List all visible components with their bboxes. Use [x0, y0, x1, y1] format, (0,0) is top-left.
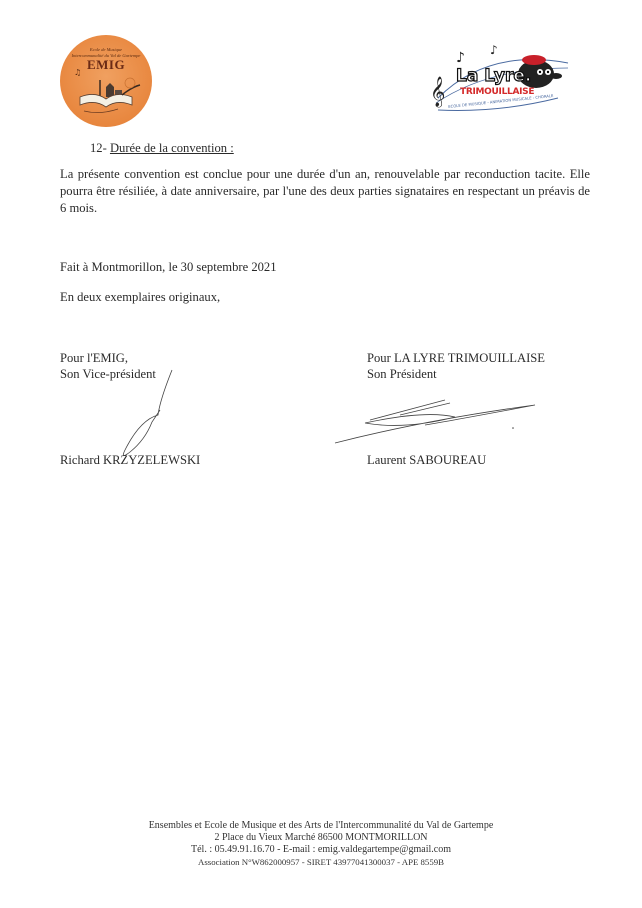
right-signatory-for: Pour LA LYRE TRIMOUILLAISE: [367, 350, 545, 366]
lyre-logo: 𝄞 ♪ ♪ La Lyre. TRIMOUILLAISE ECOLE DE MU…: [428, 38, 573, 123]
section-heading: 12- Durée de la convention :: [90, 140, 234, 156]
music-note-icon: ♪: [490, 43, 498, 57]
right-signatory-name: Laurent SABOUREAU: [367, 452, 486, 468]
svg-text:♫: ♫: [74, 68, 81, 77]
footer-organization: Ensembles et Ecole de Musique et des Art…: [0, 820, 642, 833]
left-signature: [100, 360, 190, 460]
right-signatory-role: Son Président: [367, 366, 437, 382]
footer-address: 2 Place du Vieux Marché 86500 MONTMORILL…: [0, 832, 642, 845]
left-signatory-name: Richard KRZYZELEWSKI: [60, 452, 200, 468]
place-date: Fait à Montmorillon, le 30 septembre 202…: [60, 259, 277, 275]
duration-paragraph: La présente convention est conclue pour …: [60, 166, 590, 217]
footer-contact: Tél. : 05.49.91.16.70 - E-mail : emig.va…: [0, 844, 642, 857]
copies-note: En deux exemplaires originaux,: [60, 289, 220, 305]
section-title: Durée de la convention :: [110, 141, 234, 155]
music-note-icon: ♪: [456, 50, 465, 66]
book-city-icon: ♫: [60, 35, 152, 127]
lyre-logo-title: La Lyre.: [456, 66, 531, 86]
section-number: 12-: [90, 141, 107, 155]
footer-registration: Association N°W862000957 - SIRET 4397704…: [0, 856, 642, 869]
treble-clef-icon: 𝄞: [430, 76, 445, 108]
emig-logo: Ecole de Musique Intercommunalité du Val…: [60, 35, 152, 127]
right-signature: [325, 395, 545, 455]
